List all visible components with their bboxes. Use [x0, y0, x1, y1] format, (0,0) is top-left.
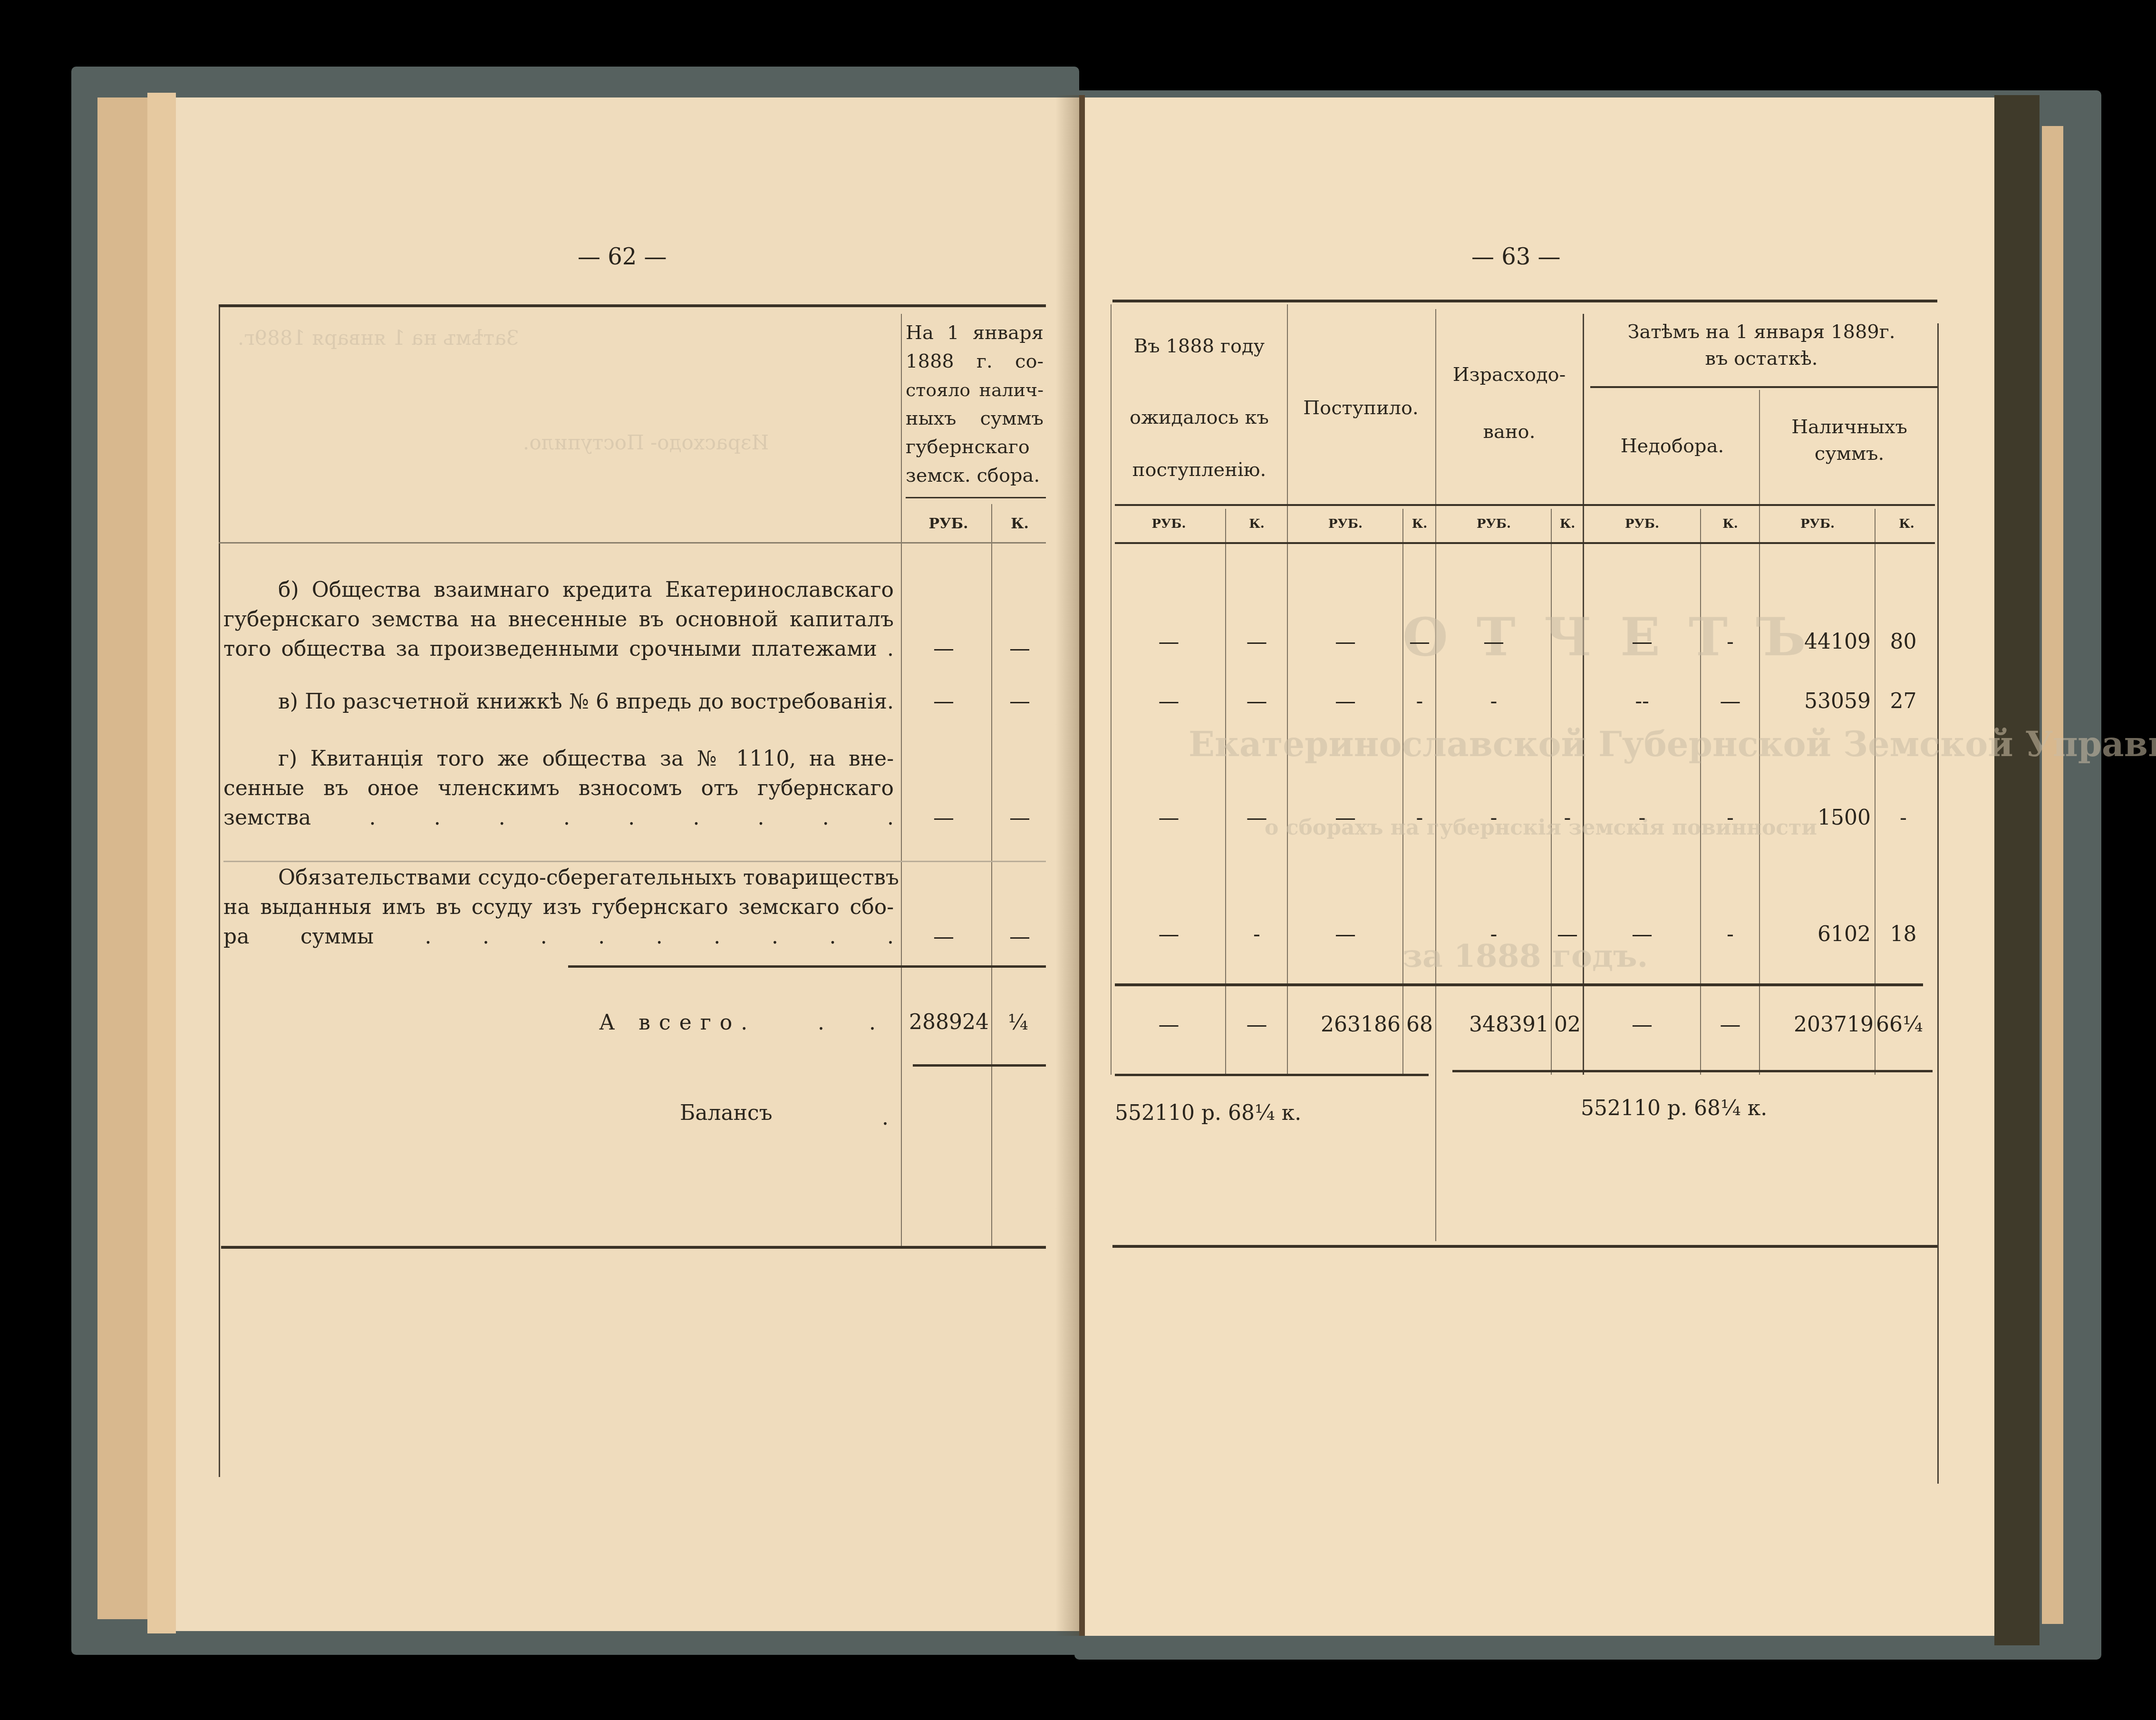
row-text-line: сенные въ оное членскимъ взносомъ отъ гу… [223, 774, 894, 803]
cell: — [1702, 1011, 1759, 1039]
header-line: въ остаткѣ. [1586, 345, 1937, 372]
cell-cash-k: 80 [1876, 628, 1931, 656]
right-col-div-k3 [1551, 509, 1552, 1075]
right-col-div-received [1287, 304, 1288, 1075]
cell: - [1437, 804, 1551, 832]
left-table-top-rule [219, 304, 1046, 307]
left-total-rule [568, 965, 1046, 968]
left-endpaper-strip [97, 97, 150, 1619]
cell-cash-k: 18 [1876, 920, 1931, 949]
left-total-dots: . . [818, 1008, 895, 1038]
header-line: Въ 1888 году [1112, 333, 1286, 404]
cell: — [1288, 628, 1402, 656]
cell: - [1437, 687, 1551, 716]
left-row-g-k: — [994, 804, 1046, 832]
left-page-edge [147, 93, 176, 1633]
right-endpaper-strip [2042, 126, 2063, 1624]
left-row-g: г) Квитанція того же общества за № 1110,… [223, 744, 894, 833]
left-row-b-rub: — [906, 634, 982, 663]
cell-cash-rub: 1500 [1760, 804, 1871, 832]
header-line: На 1 января [906, 319, 1044, 347]
right-header-cash: Наличныхъ суммъ. [1761, 414, 1937, 467]
header-line: 1888 г. со- [906, 347, 1044, 376]
cell-cash-k: 66¼ [1876, 1011, 1937, 1039]
right-header-rule [1115, 504, 1935, 506]
row-text-line: б) Общества взаимнаго кредита Екатеринос… [223, 575, 894, 605]
left-table-bottom-rule [221, 1246, 1046, 1249]
row-text-line: того общества за произведенными срочными… [223, 634, 894, 664]
right-header-remainder-group: Затѣмъ на 1 января 1889г. въ остаткѣ. [1586, 319, 1937, 372]
left-row-b: б) Общества взаимнаго кредита Екатеринос… [223, 575, 894, 664]
header-line: губернскаго [906, 433, 1048, 461]
right-units-rule [1115, 542, 1935, 544]
cell: — [1112, 1011, 1225, 1039]
right-unit: РУБ. [1437, 515, 1551, 534]
cell: - [1437, 920, 1551, 949]
left-total-rub: 288924 [903, 1008, 989, 1037]
header-line: Израсходо- [1437, 361, 1582, 418]
cell: -- [1584, 687, 1700, 716]
cell: — [1227, 628, 1287, 656]
cell-spent-k: 02 [1552, 1011, 1583, 1039]
right-table-left-border [1111, 304, 1112, 1075]
cell: — [1404, 628, 1435, 656]
right-header-spent: Израсходо- вано. [1437, 361, 1582, 445]
header-line: стояло налич- [906, 376, 1044, 404]
ghost-header-text: Затѣмъ на 1 января 1889г. [238, 323, 519, 353]
left-row-obligations-rub: — [906, 923, 982, 951]
right-unit: РУБ. [1760, 515, 1875, 534]
left-table-left-border [219, 307, 220, 1477]
left-unit-k: К. [994, 515, 1046, 534]
ghost-subtitle: Екатеринославской Губернской Земской Упр… [1189, 723, 2156, 766]
row-text-line: ра суммы . . . . . . . . . [223, 922, 894, 952]
right-unit: К. [1227, 515, 1287, 534]
left-col-divider-k [991, 504, 992, 1246]
cell: — [1437, 628, 1551, 656]
right-unit: РУБ. [1584, 515, 1700, 534]
right-balance-rule-left [1115, 1074, 1429, 1076]
row-text-line: на выданныя имъ въ ссуду изъ губернскаго… [223, 893, 894, 922]
header-line: земск. сбора. [906, 461, 1048, 490]
cell: — [1584, 628, 1700, 656]
right-unit: К. [1702, 515, 1759, 534]
cell: - [1552, 804, 1583, 832]
row-text-line: г) Квитанція того же общества за № 1110,… [223, 744, 894, 774]
right-unit: РУБ. [1288, 515, 1402, 534]
cell-cash-k: - [1876, 804, 1931, 832]
cell: — [1227, 1011, 1287, 1039]
right-unit: К. [1876, 515, 1937, 534]
header-line: вано. [1437, 418, 1582, 445]
right-page-number: — 63 — [1471, 243, 1561, 271]
right-unit: РУБ. [1112, 515, 1225, 534]
right-table-top-rule [1112, 300, 1937, 302]
header-line: Затѣмъ на 1 января 1889г. [1586, 319, 1937, 345]
left-balance-label: Балансъ [680, 1098, 773, 1128]
cell-cash-rub: 6102 [1760, 920, 1871, 949]
left-row-v-text: в) По разсчетной книжкѣ № 6 впредь до во… [278, 687, 894, 717]
cell: - [1702, 920, 1759, 949]
left-row-v-rub: — [906, 687, 982, 716]
right-remainder-group-rule [1590, 386, 1937, 388]
cell-cash-rub: 44109 [1760, 628, 1871, 656]
cell: — [1702, 687, 1759, 716]
left-header-1888-column: На 1 января 1888 г. со- стояло налич- ны… [906, 319, 1048, 490]
header-line: Наличныхъ [1761, 414, 1937, 440]
left-unit-rub: РУБ. [906, 515, 991, 534]
ghost-rule [223, 861, 1046, 862]
cell-cash-rub: 53059 [1760, 687, 1871, 716]
right-table-bottom-rule [1112, 1245, 1937, 1248]
cell: — [1552, 920, 1583, 949]
cell: — [1584, 920, 1700, 949]
right-balance-rule-right [1452, 1070, 1933, 1072]
right-header-received: Поступило. [1288, 395, 1433, 421]
right-balance-right: 552110 р. 68¼ к. [1581, 1094, 1767, 1123]
left-row-obligations: Обязательствами ссудо-сберегательныхъ то… [223, 863, 894, 952]
cell: — [1112, 687, 1225, 716]
left-col-divider-rub-lower [901, 1065, 902, 1246]
right-header-expected: Въ 1888 году ожидалось къ поступленію. [1112, 333, 1286, 483]
left-page-number: — 62 — [578, 243, 667, 271]
cell: — [1112, 628, 1225, 656]
cell: - [1404, 804, 1435, 832]
left-header-rule [906, 497, 1046, 498]
cell: — [1112, 920, 1225, 949]
left-total-k: ¼ [1008, 1008, 1028, 1038]
header-line: ныхъ суммъ [906, 404, 1044, 433]
left-row-g-rub: — [906, 804, 982, 832]
cell: — [1112, 804, 1225, 832]
ghost-header-text-2: Израсходо- Поступило. [523, 428, 769, 457]
left-total-bottom-rule [913, 1064, 1046, 1067]
right-unit: К. [1404, 515, 1435, 534]
right-total-rule [1115, 983, 1923, 986]
right-table-right-border [1937, 323, 1939, 1484]
cell: — [1584, 1011, 1700, 1039]
cell: — [1288, 804, 1402, 832]
header-line: ожидалось къ [1112, 404, 1286, 457]
left-row-b-k: — [994, 634, 1046, 663]
left-total-label: А всего. [599, 1008, 756, 1038]
right-col-div-k2 [1402, 509, 1403, 1075]
cell: - [1227, 920, 1287, 949]
row-text-line: Обязательствами ссудо-сберегательныхъ то… [223, 863, 894, 893]
right-fore-edge-dark [1994, 95, 2040, 1645]
cell-received-rub: 263186 [1288, 1011, 1401, 1039]
cell: - [1404, 687, 1435, 716]
right-col-div-spent [1435, 309, 1436, 1241]
cell-cash-rub: 203719 [1760, 1011, 1874, 1039]
header-line: поступленію. [1112, 457, 1286, 483]
cell: — [1288, 920, 1402, 949]
cell: — [1288, 687, 1402, 716]
right-balance-left: 552110 р. 68¼ к. [1115, 1098, 1301, 1128]
right-unit: К. [1552, 515, 1583, 534]
cell-spent-rub: 348391 [1437, 1011, 1549, 1039]
spine-line [1079, 95, 1085, 1636]
cell-received-k: 68 [1404, 1011, 1435, 1039]
right-header-shortfall: Недобора. [1586, 433, 1759, 459]
left-row-obligations-k: — [994, 923, 1046, 951]
right-col-div-k1 [1225, 509, 1226, 1075]
header-line: суммъ. [1761, 440, 1937, 467]
right-col-div-k5 [1875, 509, 1876, 1075]
cell: - [1584, 804, 1700, 832]
cell: - [1702, 628, 1759, 656]
left-units-rule [219, 542, 1046, 544]
right-col-div-k4 [1700, 509, 1701, 1075]
row-text-line: губернскаго земства на внесенные въ осно… [223, 605, 894, 634]
left-balance-dot: . [882, 1103, 889, 1133]
cell: - [1702, 804, 1759, 832]
cell: — [1227, 687, 1287, 716]
cell: — [1227, 804, 1287, 832]
cell-cash-k: 27 [1876, 687, 1931, 716]
left-row-v-k: — [994, 687, 1046, 716]
row-text-line: земства . . . . . . . . . [223, 803, 894, 833]
